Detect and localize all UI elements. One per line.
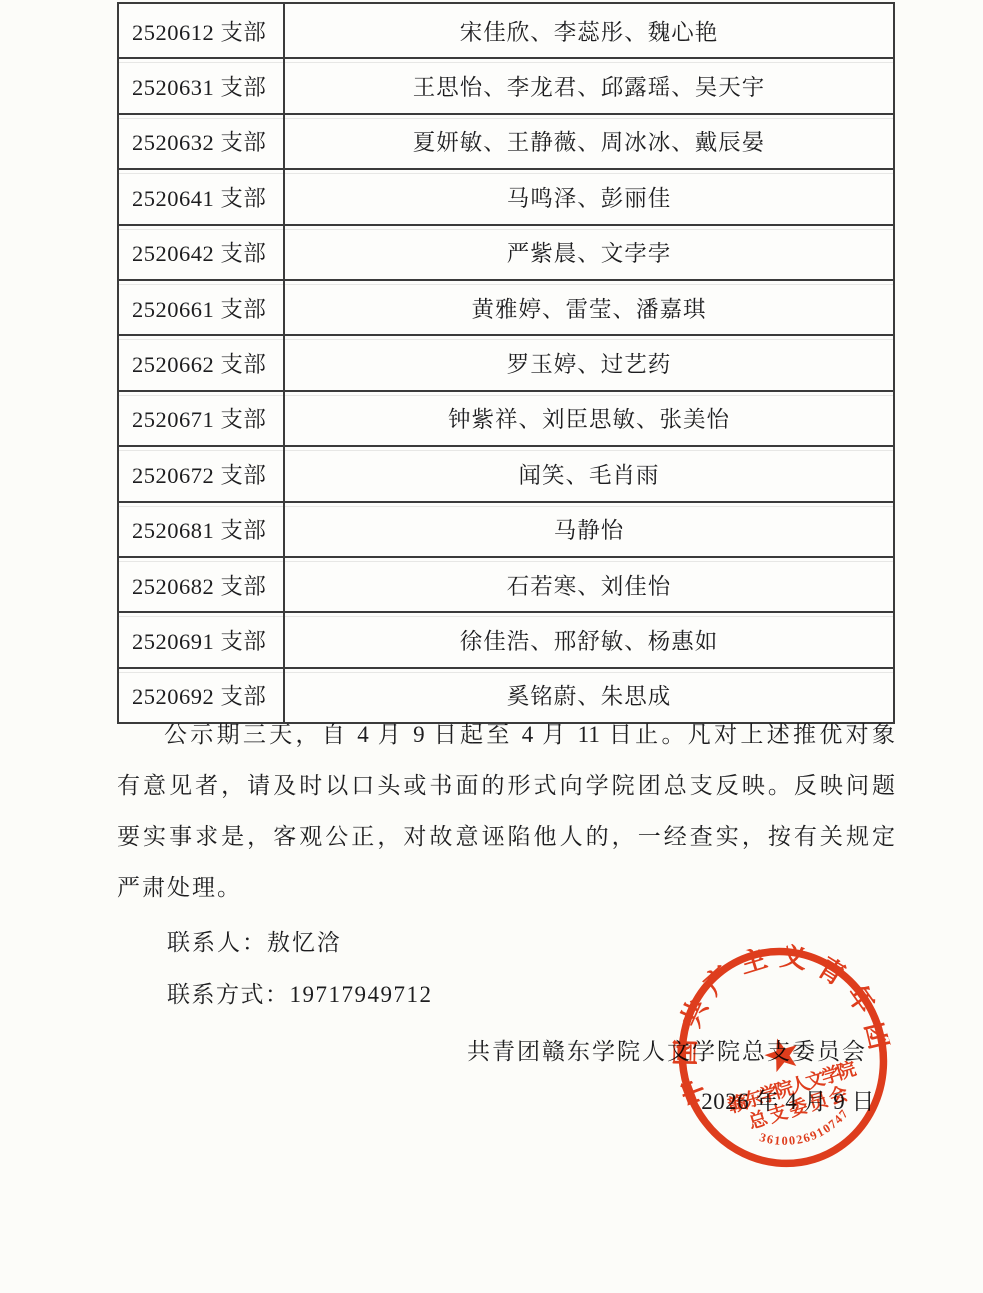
branch-table: 2520612 支部 宋佳欣、李蕊彤、魏心艳 2520631 支部 王思怡、李龙… xyxy=(117,2,895,724)
names-cell: 钟紫祥、刘臣思敏、张美怡 xyxy=(285,392,893,445)
table-row: 2520672 支部 闻笑、毛肖雨 xyxy=(119,447,893,502)
signature-line: 共青团赣东学院人文学院总支委员会 xyxy=(467,1028,867,1076)
date-line: 2026 年 4 月 9 日 xyxy=(701,1078,875,1126)
contact-phone-line: 联系方式：19717949712 xyxy=(167,971,433,1019)
table-row: 2520632 支部 夏妍敏、王静薇、周冰冰、戴辰晏 xyxy=(119,115,893,170)
branch-cell: 2520612 支部 xyxy=(119,4,285,57)
paragraph-line: 有意见者，请及时以口头或书面的形式向学院团总支反映。反映问题 xyxy=(117,760,895,811)
table-row: 2520642 支部 严紫晨、文孛孛 xyxy=(119,226,893,281)
names-cell: 罗玉婷、过艺药 xyxy=(285,336,893,389)
branch-cell: 2520682 支部 xyxy=(119,558,285,611)
names-cell: 夏妍敏、王静薇、周冰冰、戴辰晏 xyxy=(285,115,893,168)
names-cell: 宋佳欣、李蕊彤、魏心艳 xyxy=(285,4,893,57)
paragraph-line: 要实事求是，客观公正，对故意诬陷他人的，一经查实，按有关规定 xyxy=(117,811,895,862)
contact-person-line: 联系人：敖忆浛 xyxy=(167,919,342,967)
table-row: 2520671 支部 钟紫祥、刘臣思敏、张美怡 xyxy=(119,392,893,447)
branch-cell: 2520632 支部 xyxy=(119,115,285,168)
names-cell: 闻笑、毛肖雨 xyxy=(285,447,893,500)
names-cell: 石若寒、刘佳怡 xyxy=(285,558,893,611)
names-cell: 马鸣泽、彭丽佳 xyxy=(285,170,893,223)
table-row: 2520662 支部 罗玉婷、过艺药 xyxy=(119,336,893,391)
branch-cell: 2520631 支部 xyxy=(119,59,285,112)
table-row: 2520612 支部 宋佳欣、李蕊彤、魏心艳 xyxy=(119,4,893,59)
names-cell: 王思怡、李龙君、邱露瑶、吴天宇 xyxy=(285,59,893,112)
branch-cell: 2520691 支部 xyxy=(119,613,285,666)
branch-cell: 2520672 支部 xyxy=(119,447,285,500)
paragraph-line: 公示期三天，自 4 月 9 日起至 4 月 11 日止。凡对上述推优对象 xyxy=(117,709,895,760)
branch-cell: 2520681 支部 xyxy=(119,503,285,556)
table-row: 2520681 支部 马静怡 xyxy=(119,503,893,558)
notice-paragraph: 公示期三天，自 4 月 9 日起至 4 月 11 日止。凡对上述推优对象 有意见… xyxy=(117,709,895,913)
table-row: 2520631 支部 王思怡、李龙君、邱露瑶、吴天宇 xyxy=(119,59,893,114)
branch-cell: 2520641 支部 xyxy=(119,170,285,223)
table-row: 2520691 支部 徐佳浩、邢舒敏、杨惠如 xyxy=(119,613,893,668)
branch-cell: 2520661 支部 xyxy=(119,281,285,334)
names-cell: 严紫晨、文孛孛 xyxy=(285,226,893,279)
document-page: 2520612 支部 宋佳欣、李蕊彤、魏心艳 2520631 支部 王思怡、李龙… xyxy=(0,0,983,1293)
branch-cell: 2520671 支部 xyxy=(119,392,285,445)
names-cell: 马静怡 xyxy=(285,503,893,556)
branch-cell: 2520642 支部 xyxy=(119,226,285,279)
paragraph-line: 严肃处理。 xyxy=(117,862,895,913)
table-row: 2520641 支部 马鸣泽、彭丽佳 xyxy=(119,170,893,225)
table-row: 2520682 支部 石若寒、刘佳怡 xyxy=(119,558,893,613)
names-cell: 黄雅婷、雷莹、潘嘉琪 xyxy=(285,281,893,334)
table-row: 2520661 支部 黄雅婷、雷莹、潘嘉琪 xyxy=(119,281,893,336)
branch-cell: 2520662 支部 xyxy=(119,336,285,389)
names-cell: 徐佳浩、邢舒敏、杨惠如 xyxy=(285,613,893,666)
